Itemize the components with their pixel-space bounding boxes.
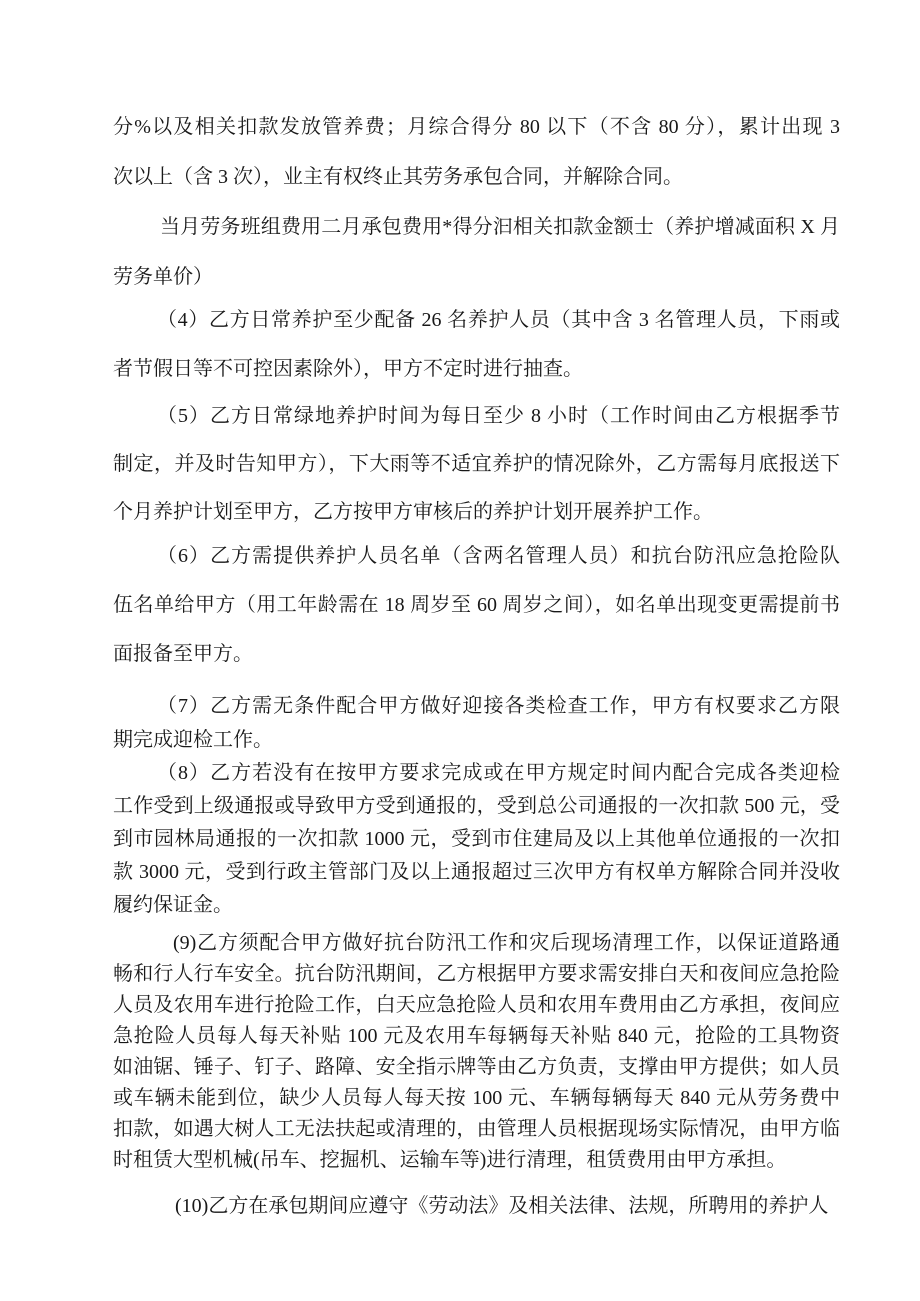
text-line: 期完成迎检工作。 bbox=[113, 723, 840, 757]
text-line: 者节假日等不可控因素除外），甲方不定时进行抽查。 bbox=[113, 345, 840, 394]
text-line: 时租赁大型机械(吊车、挖掘机、运输车等)进行清理，租赁费用由甲方承担。 bbox=[113, 1145, 840, 1176]
text-line: （5）乙方日常绿地养护时间为每日至少 8 小时（工作时间由乙方根据季节 bbox=[113, 392, 840, 440]
para-item-7: （7）乙方需无条件配合甲方做好迎接各类检查工作，甲方有权要求乙方限期完成迎检工作… bbox=[113, 689, 840, 757]
para-fee-formula: 当月劳务班组费用二月承包费用*得分汩相关扣款金额士（养护增减面积 X 月劳务单价… bbox=[113, 202, 840, 302]
para-item-9: (9)乙方须配合甲方做好抗台防汛工作和灾后现场清理工作，以保证道路通畅和行人行车… bbox=[113, 928, 840, 1176]
text-line: 急抢险人员每人每天补贴 100 元及农用车每辆每天补贴 840 元，抢险的工具物… bbox=[113, 1021, 840, 1052]
para-item-10: (10)乙方在承包期间应遵守《劳动法》及相关法律、法规，所聘用的养护人 bbox=[113, 1190, 840, 1223]
text-line: 个月养护计划至甲方，乙方按甲方审核后的养护计划开展养护工作。 bbox=[113, 488, 840, 536]
text-line: 工作受到上级通报或导致甲方受到通报的，受到总公司通报的一次扣款 500 元，受 bbox=[113, 790, 840, 823]
document-body: 分%以及相关扣款发放管养费；月综合得分 80 以下（不含 80 分），累计出现 … bbox=[113, 102, 840, 1223]
para-item-6: （6）乙方需提供养护人员名单（含两名管理人员）和抗台防汛应急抢险队伍名单给甲方（… bbox=[113, 532, 840, 679]
text-line: 制定，并及时告知甲方），下大雨等不适宜养护的情况除外，乙方需每月底报送下 bbox=[113, 440, 840, 488]
text-line: （4）乙方日常养护至少配备 26 名养护人员（其中含 3 名管理人员，下雨或 bbox=[113, 296, 840, 345]
text-line: 到市园林局通报的一次扣款 1000 元，受到市住建局及以上其他单位通报的一次扣 bbox=[113, 823, 840, 856]
text-line: 人员及农用车进行抢险工作，白天应急抢险人员和农用车费用由乙方承担，夜间应 bbox=[113, 990, 840, 1021]
text-line: 扣款，如遇大树人工无法扶起或清理的，由管理人员根据现场实际情况，由甲方临 bbox=[113, 1114, 840, 1145]
para-item-4: （4）乙方日常养护至少配备 26 名养护人员（其中含 3 名管理人员，下雨或者节… bbox=[113, 296, 840, 394]
text-line: 如油锯、锤子、钉子、路障、安全指示牌等由乙方负责，支撑由甲方提供；如人员 bbox=[113, 1052, 840, 1083]
text-line: 次以上（含 3 次），业主有权终止其劳务承包合同，并解除合同。 bbox=[113, 152, 840, 202]
text-line: （7）乙方需无条件配合甲方做好迎接各类检查工作，甲方有权要求乙方限 bbox=[113, 689, 840, 723]
text-line: 伍名单给甲方（用工年龄需在 18 周岁至 60 周岁之间），如名单出现变更需提前… bbox=[113, 581, 840, 630]
text-line: 款 3000 元，受到行政主管部门及以上通报超过三次甲方有权单方解除合同并没收 bbox=[113, 856, 840, 889]
para-scoring-continuation: 分%以及相关扣款发放管养费；月综合得分 80 以下（不含 80 分），累计出现 … bbox=[113, 102, 840, 202]
text-line: (10)乙方在承包期间应遵守《劳动法》及相关法律、法规，所聘用的养护人 bbox=[113, 1190, 840, 1223]
text-line: 畅和行人行车安全。抗台防汛期间，乙方根据甲方要求需安排白天和夜间应急抢险 bbox=[113, 959, 840, 990]
text-line: （6）乙方需提供养护人员名单（含两名管理人员）和抗台防汛应急抢险队 bbox=[113, 532, 840, 581]
text-line: 劳务单价） bbox=[113, 252, 840, 302]
text-line: 或车辆未能到位，缺少人员每人每天按 100 元、车辆每辆每天 840 元从劳务费… bbox=[113, 1083, 840, 1114]
text-line: 履约保证金。 bbox=[113, 889, 840, 922]
text-line: （8）乙方若没有在按甲方要求完成或在甲方规定时间内配合完成各类迎检 bbox=[113, 757, 840, 790]
para-item-5: （5）乙方日常绿地养护时间为每日至少 8 小时（工作时间由乙方根据季节制定，并及… bbox=[113, 392, 840, 536]
para-item-8: （8）乙方若没有在按甲方要求完成或在甲方规定时间内配合完成各类迎检工作受到上级通… bbox=[113, 757, 840, 922]
text-line: (9)乙方须配合甲方做好抗台防汛工作和灾后现场清理工作，以保证道路通 bbox=[113, 928, 840, 959]
document-page: 分%以及相关扣款发放管养费；月综合得分 80 以下（不含 80 分），累计出现 … bbox=[0, 0, 920, 1301]
text-line: 当月劳务班组费用二月承包费用*得分汩相关扣款金额士（养护增减面积 X 月 bbox=[113, 202, 840, 252]
text-line: 分%以及相关扣款发放管养费；月综合得分 80 以下（不含 80 分），累计出现 … bbox=[113, 102, 840, 152]
text-line: 面报备至甲方。 bbox=[113, 630, 840, 679]
